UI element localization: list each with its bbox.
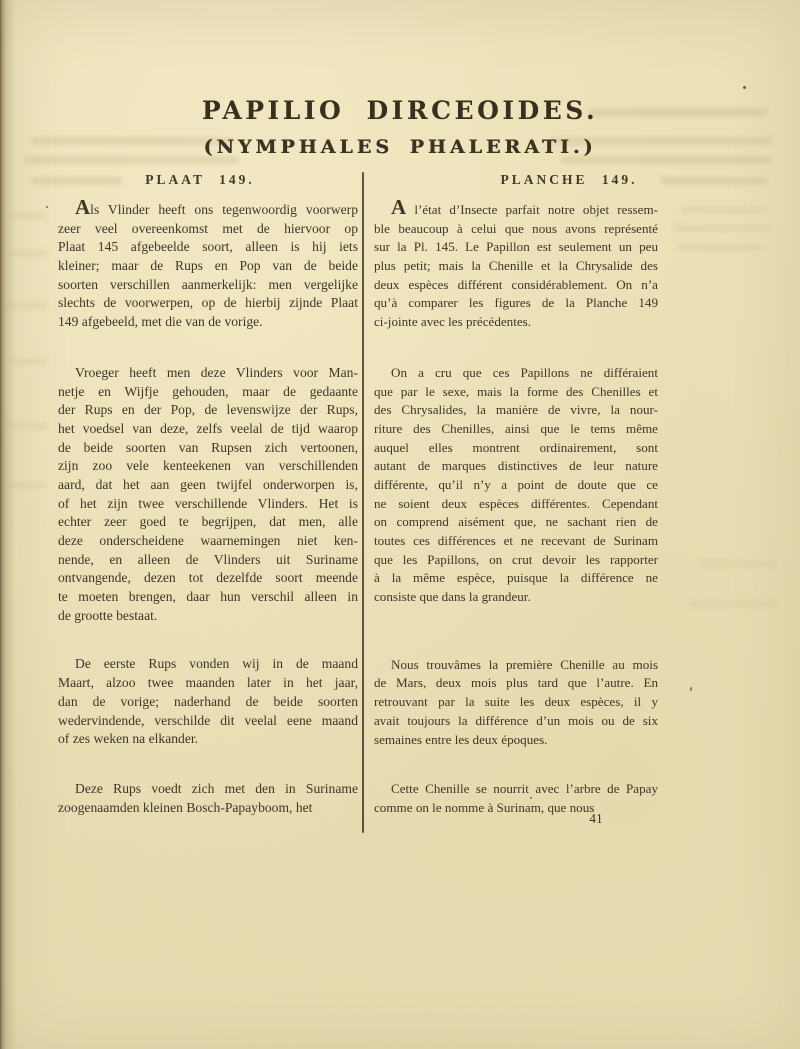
text-line: wedervindende, verschilde dit veelal een… (58, 712, 358, 731)
text-line: aard, dat het aan geen twijfel onderworp… (58, 476, 358, 495)
text-line: deze onderscheidene waarnemingen niet ke… (58, 532, 358, 551)
text-line: kleiner; maar de Rups en Pop van de beid… (58, 257, 358, 276)
left-column-text: Als Vlinder heeft ons tegenwoordig voorw… (58, 201, 358, 817)
text-line: Nous trouvâmes la première Chenille au m… (374, 656, 658, 675)
paragraph: A l’état d’Insecte parfait notre objet r… (374, 201, 658, 332)
text-line: plus petit; mais la Chenille et la Chrys… (374, 257, 658, 276)
text-line: Vroeger heeft men deze Vlinders voor Man… (58, 364, 358, 383)
show-through-texture (672, 225, 770, 232)
text-line: des Chrysalides, la manière de vivre, la… (374, 401, 658, 420)
show-through-texture (10, 358, 48, 365)
text-line: te moeten brengen, daar hun verschil all… (58, 588, 358, 607)
show-through-texture (690, 600, 778, 607)
text-line: of het zijn twee verschillende Vlinders.… (58, 495, 358, 514)
text-line: zijn zoo vele kenteekenen van verschille… (58, 457, 358, 476)
text-line: ontvangende, dezen tot dezelfde soort me… (58, 569, 358, 588)
page-title: PAPILIO DIRCEOIDES. (0, 96, 800, 125)
text-line: qu’à comparer les figures de la Planche … (374, 294, 658, 313)
show-through-texture (678, 244, 764, 251)
text-line: slechts de voorwerpen, op de hierbij zij… (58, 294, 358, 313)
text-line: der Rups en der Pop, de levenswijze der … (58, 401, 358, 420)
ink-speck (46, 206, 48, 208)
text-line: zeer veel overeenkomst met de hiervoor o… (58, 220, 358, 239)
text-line: Maart, alzoo twee maanden later in het j… (58, 674, 358, 693)
show-through-texture (6, 302, 48, 309)
signature-number: 41 (578, 811, 614, 827)
text-line: Deze Rups voedt zich met den in Suriname (58, 780, 358, 799)
page-subtitle: (NYMPHALES PHALERATI.) (0, 136, 800, 158)
text-line: riture des Chenilles, ainsi que le tems … (374, 420, 658, 439)
text-line: De eerste Rups vonden wij in de maand (58, 655, 358, 674)
text-line: ci-jointe avec les précédentes. (374, 313, 658, 332)
text-line: het voedsel van deze, zelfs veelal de ti… (58, 420, 358, 439)
text-line: netje en Wijfje gehouden, maar de gedaan… (58, 383, 358, 402)
show-through-texture (10, 212, 48, 219)
right-column-text: A l’état d’Insecte parfait notre objet r… (374, 201, 658, 818)
text-line: consiste que dans la grandeur. (374, 588, 658, 607)
text-line: Als Vlinder heeft ons tegenwoordig voorw… (58, 201, 358, 220)
text-line: retrouvant par la suite les deux espèces… (374, 693, 658, 712)
text-line: deux espèces différent considérablement.… (374, 276, 658, 295)
text-line: de Mars, deux mois plus tard que l’autre… (374, 674, 658, 693)
show-through-texture (700, 560, 778, 567)
text-line: 149 afgebeeld, met die van de vorige. (58, 313, 358, 332)
text-line: nende, en alleen de Vlinders uit Surinam… (58, 551, 358, 570)
text-line: que par le sexe, mais la forme des Cheni… (374, 383, 658, 402)
text-line: avait toujours la différence d’un mois o… (374, 712, 658, 731)
text-line: Plaat 145 afgebeelde soort, alleen is hi… (58, 238, 358, 257)
show-through-texture (8, 422, 48, 429)
show-through-texture (6, 482, 46, 489)
text-line: différente, qu’il n’y a point de doute q… (374, 476, 658, 495)
text-line: dan de vorige; naderhand de beide soorte… (58, 693, 358, 712)
ink-speck (689, 687, 692, 691)
text-line: zoogenaamden kleinen Bosch-Papayboom, he… (58, 799, 358, 818)
show-through-texture (680, 206, 768, 213)
text-line: echter zeer goed te begrijpen, dat men, … (58, 513, 358, 532)
text-line: soorten verschillen aanmerkelijk: men ve… (58, 276, 358, 295)
paragraph: Als Vlinder heeft ons tegenwoordig voorw… (58, 201, 358, 332)
ink-speck (743, 86, 746, 89)
paragraph: Vroeger heeft men deze Vlinders voor Man… (58, 364, 358, 626)
text-line: de grootte bestaat. (58, 607, 358, 626)
text-line: On a cru que ces Papillons ne différaien… (374, 364, 658, 383)
text-line: comme on le nomme à Surinam, que nous (374, 799, 658, 818)
paragraph: Nous trouvâmes la première Chenille au m… (374, 656, 658, 749)
paragraph: Deze Rups voedt zich met den in Suriname… (58, 780, 358, 817)
show-through-texture (8, 250, 48, 257)
paragraph: Cette Chenille se nourrit avec l’arbre d… (374, 780, 658, 817)
left-column-heading: PLAAT 149. (58, 172, 342, 188)
paragraph: On a cru que ces Papillons ne différaien… (374, 364, 658, 607)
text-line: of zes weken na elkander. (58, 730, 358, 749)
text-line: on comprend aisément que, ne sachant rie… (374, 513, 658, 532)
text-line: semaines entre les deux époques. (374, 731, 658, 750)
text-line: ne soient deux espèces différentes. Cepe… (374, 495, 658, 514)
book-page: PAPILIO DIRCEOIDES. (NYMPHALES PHALERATI… (0, 0, 800, 1049)
text-line: autant de marques distinctives de leur n… (374, 457, 658, 476)
paragraph: De eerste Rups vonden wij in de maandMaa… (58, 655, 358, 748)
text-line: Cette Chenille se nourrit avec l’arbre d… (374, 780, 658, 799)
text-line: sur la Pl. 145. Le Papillon est seulemen… (374, 238, 658, 257)
text-line: de beide soorten van Rupsen zich vertoon… (58, 439, 358, 458)
text-line: ble beaucoup à celui que nous avons repr… (374, 220, 658, 239)
text-line: que les Papillons, on crut devoir les ra… (374, 551, 658, 570)
text-line: auquel elles montrent ordinairement, son… (374, 439, 658, 458)
column-divider-rule (362, 172, 364, 833)
text-line: à la même espèce, puisque la différence … (374, 569, 658, 588)
text-line: A l’état d’Insecte parfait notre objet r… (374, 201, 658, 220)
right-column-heading: PLANCHE 149. (427, 172, 711, 188)
text-line: toutes ces différences et ne recevant de… (374, 532, 658, 551)
